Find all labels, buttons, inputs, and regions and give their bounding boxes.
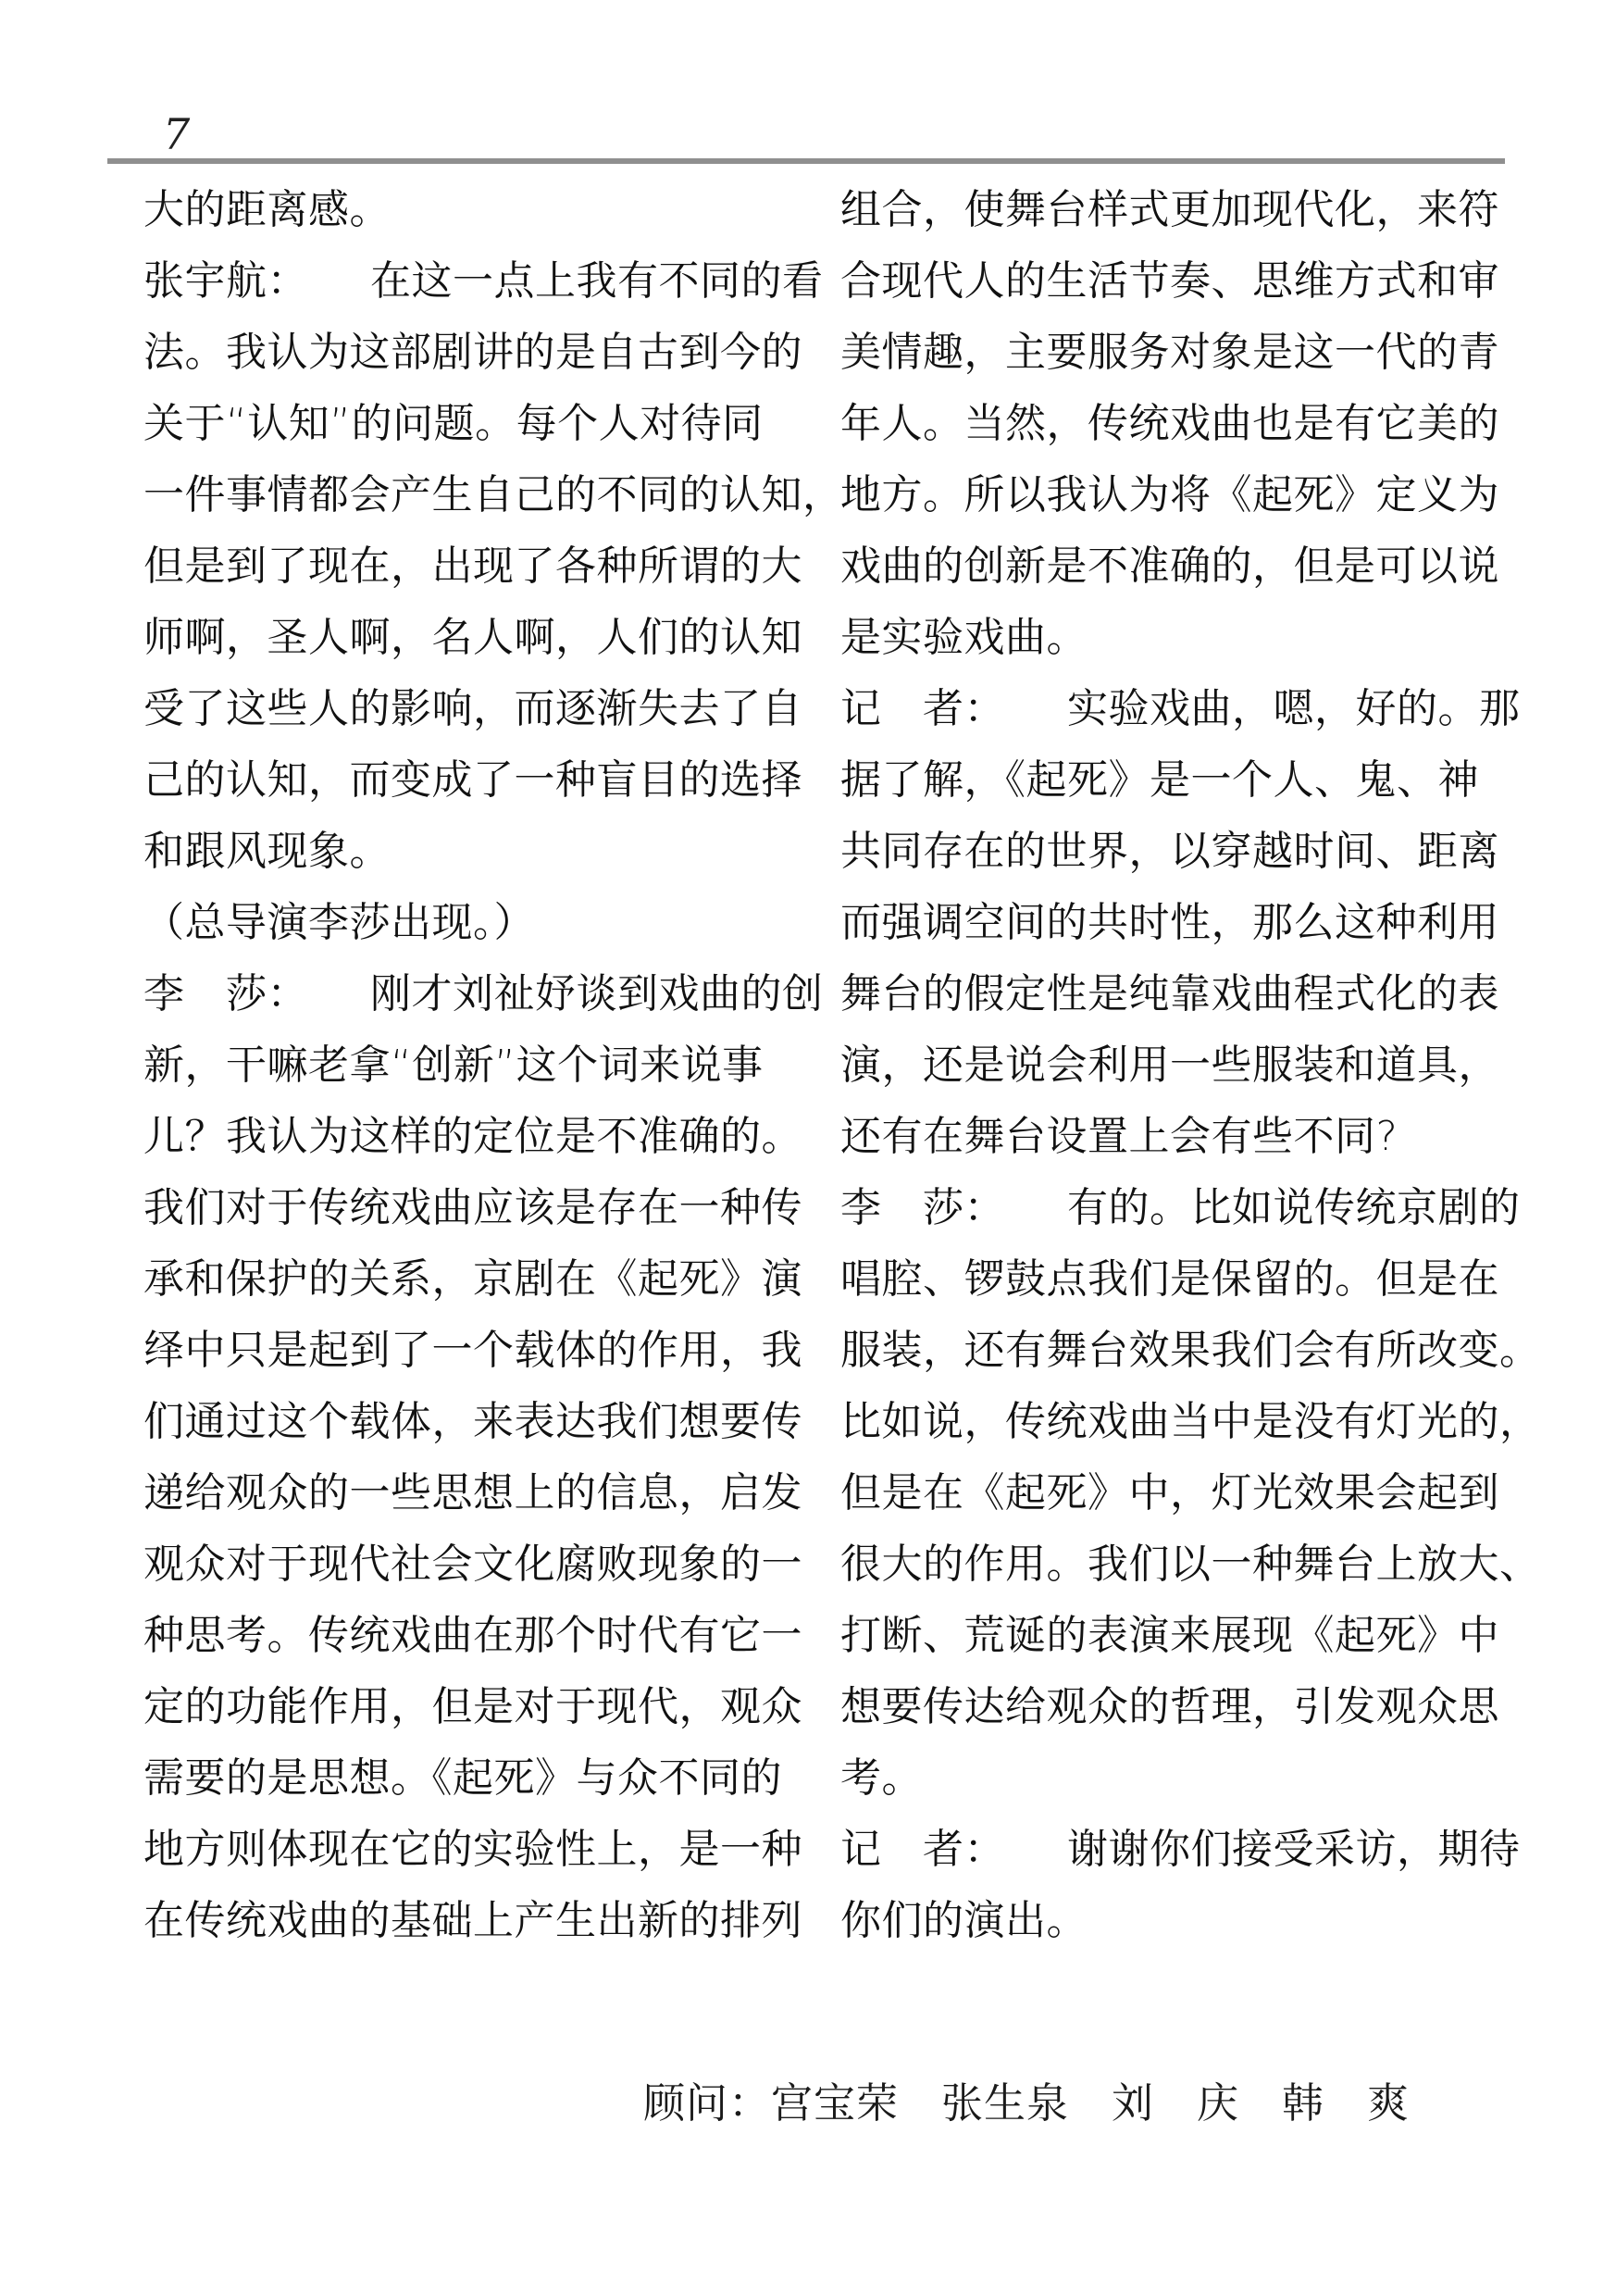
text-line: 是实验戏曲。: [840, 602, 1541, 673]
text-line: 受了这些人的影响，而逐渐失去了自: [143, 673, 844, 744]
text-line: 但是到了现在，出现了各种所谓的大: [143, 530, 844, 602]
text-line: 演，还是说会利用一些服装和道具，: [840, 1029, 1541, 1101]
text-line: 定的功能作用，但是对于现代，观众: [143, 1671, 844, 1742]
text-line: 年人。当然，传统戏曲也是有它美的: [840, 388, 1541, 459]
text-line: 己的认知，而变成了一种盲目的选择: [143, 744, 844, 816]
page-number: 7: [163, 109, 190, 159]
header-rule: [107, 158, 1505, 164]
text-line: 承和保护的关系，京剧在《起死》演: [143, 1243, 844, 1315]
text-line: 共同存在的世界，以穿越时间、距离: [840, 816, 1541, 887]
text-line: 比如说，传统戏曲当中是没有灯光的，: [840, 1386, 1541, 1457]
text-line: 舞台的假定性是纯靠戏曲程式化的表: [840, 958, 1541, 1029]
text-line: 记 者： 实验戏曲，嗯，好的。那: [840, 673, 1541, 744]
text-line: 还有在舞台设置上会有些不同?: [840, 1101, 1541, 1172]
text-line: 关于“认知”的问题。每个人对待同: [143, 388, 844, 459]
text-line: 你们的演出。: [840, 1885, 1541, 1956]
text-line: 种思考。传统戏曲在那个时代有它一: [143, 1600, 844, 1671]
text-line: 观众对于现代社会文化腐败现象的一: [143, 1529, 844, 1600]
text-line: 和跟风现象。: [143, 816, 844, 887]
text-line: 张宇航： 在这一点上我有不同的看: [143, 245, 844, 317]
text-line: 儿？我认为这样的定位是不准确的。: [143, 1101, 844, 1172]
text-line: 法。我认为这部剧讲的是自古到今的: [143, 317, 844, 388]
document-page: 7 大的距离感。张宇航： 在这一点上我有不同的看法。我认为这部剧讲的是自古到今的…: [0, 0, 1616, 2296]
text-line: （总导演李莎出现。）: [143, 887, 844, 958]
text-line: 合现代人的生活节奏、思维方式和审: [840, 245, 1541, 317]
text-line: 在传统戏曲的基础上产生出新的排列: [143, 1885, 844, 1956]
text-line: 绎中只是起到了一个载体的作用，我: [143, 1315, 844, 1386]
text-line: 地方则体现在它的实验性上，是一种: [143, 1814, 844, 1885]
text-line: 大的距离感。: [143, 174, 844, 245]
text-line: 组合，使舞台样式更加现代化，来符: [840, 174, 1541, 245]
left-column: 大的距离感。张宇航： 在这一点上我有不同的看法。我认为这部剧讲的是自古到今的关于…: [143, 174, 844, 1956]
text-line: 李 莎： 刚才刘祉妤谈到戏曲的创: [143, 958, 844, 1029]
text-line: 我们对于传统戏曲应该是存在一种传: [143, 1172, 844, 1243]
text-line: 新，干嘛老拿“创新”这个词来说事: [143, 1029, 844, 1101]
text-line: 李 莎： 有的。比如说传统京剧的: [840, 1172, 1541, 1243]
text-line: 戏曲的创新是不准确的，但是可以说: [840, 530, 1541, 602]
text-line: 服装，还有舞台效果我们会有所改变。: [840, 1315, 1541, 1386]
text-line: 很大的作用。我们以一种舞台上放大、: [840, 1529, 1541, 1600]
text-line: 但是在《起死》中，灯光效果会起到: [840, 1457, 1541, 1529]
text-line: 而强调空间的共时性，那么这种利用: [840, 887, 1541, 958]
text-line: 需要的是思想。《起死》与众不同的: [143, 1742, 844, 1814]
text-line: 唱腔、锣鼓点我们是保留的。但是在: [840, 1243, 1541, 1315]
text-line: 据了解，《起死》是一个人、鬼、神: [840, 744, 1541, 816]
text-line: 一件事情都会产生自己的不同的认知，: [143, 459, 844, 530]
text-line: 地方。所以我认为将《起死》定义为: [840, 459, 1541, 530]
text-line: 考。: [840, 1742, 1541, 1814]
text-line: 美情趣，主要服务对象是这一代的青: [840, 317, 1541, 388]
right-column: 组合，使舞台样式更加现代化，来符合现代人的生活节奏、思维方式和审美情趣，主要服务…: [840, 174, 1541, 1956]
advisors-line: 顾问：宫宝荣 张生泉 刘 庆 韩 爽: [643, 2076, 1410, 2131]
text-line: 想要传达给观众的哲理，引发观众思: [840, 1671, 1541, 1742]
text-line: 们通过这个载体，来表达我们想要传: [143, 1386, 844, 1457]
text-line: 记 者： 谢谢你们接受采访，期待: [840, 1814, 1541, 1885]
text-line: 递给观众的一些思想上的信息，启发: [143, 1457, 844, 1529]
text-line: 打断、荒诞的表演来展现《起死》中: [840, 1600, 1541, 1671]
text-line: 师啊，圣人啊，名人啊，人们的认知: [143, 602, 844, 673]
